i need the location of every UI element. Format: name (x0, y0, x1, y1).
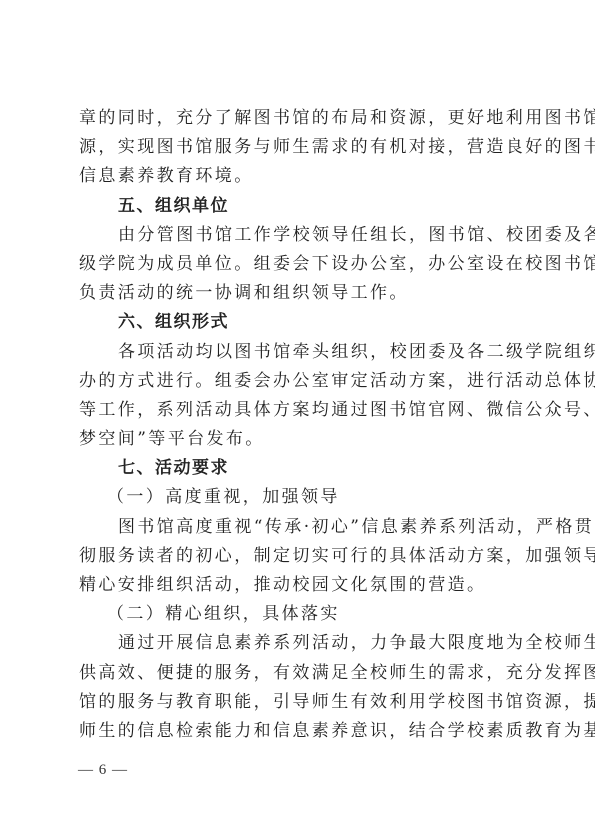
paragraph-line: 级学院为成员单位。组委会下设办公室，办公室设在校图书馆， (79, 250, 521, 279)
paragraph-line: 办的方式进行。组委会办公室审定活动方案，进行活动总体协调 (79, 367, 521, 396)
paragraph-line: 梦空间”等平台发布。 (79, 425, 521, 454)
paragraph-line: 馆的服务与教育职能，引导师生有效利用学校图书馆资源，提高 (79, 688, 521, 717)
page-number: — 6 — (78, 762, 128, 779)
document-body: 章的同时，充分了解图书馆的布局和资源，更好地利用图书馆资 源，实现图书馆服务与师… (79, 104, 521, 746)
paragraph-line: 章的同时，充分了解图书馆的布局和资源，更好地利用图书馆资 (79, 104, 521, 133)
subsection-heading-1: （一）高度重视，加强领导 (79, 483, 521, 512)
paragraph-line: 通过开展信息素养系列活动，力争最大限度地为全校师生提 (79, 629, 521, 658)
section-heading-5: 五、组织单位 (79, 192, 521, 221)
subsection-heading-2: （二）精心组织，具体落实 (79, 600, 521, 629)
paragraph-line: 各项活动均以图书馆牵头组织，校团委及各二级学院组织协 (79, 338, 521, 367)
paragraph-line: 精心安排组织活动，推动校园文化氛围的营造。 (79, 571, 521, 600)
paragraph-line: 源，实现图书馆服务与师生需求的有机对接，营造良好的图书馆 (79, 133, 521, 162)
paragraph-line: 由分管图书馆工作学校领导任组长，图书馆、校团委及各二 (79, 221, 521, 250)
paragraph-line: 负责活动的统一协调和组织领导工作。 (79, 279, 521, 308)
section-heading-6: 六、组织形式 (79, 308, 521, 337)
paragraph-line: 图书馆高度重视“传承·初心”信息素养系列活动，严格贯 (79, 513, 521, 542)
paragraph-line: 彻服务读者的初心，制定切实可行的具体活动方案，加强领导， (79, 542, 521, 571)
section-heading-7: 七、活动要求 (79, 454, 521, 483)
paragraph-line: 等工作，系列活动具体方案均通过图书馆官网、微信公众号、“到 (79, 396, 521, 425)
paragraph-line: 师生的信息检索能力和信息素养意识，结合学校素质教育为基础 (79, 717, 521, 746)
document-page: 章的同时，充分了解图书馆的布局和资源，更好地利用图书馆资 源，实现图书馆服务与师… (0, 0, 595, 840)
paragraph-line: 供高效、便捷的服务，有效满足全校师生的需求，充分发挥图书 (79, 659, 521, 688)
paragraph-line: 信息素养教育环境。 (79, 162, 521, 191)
